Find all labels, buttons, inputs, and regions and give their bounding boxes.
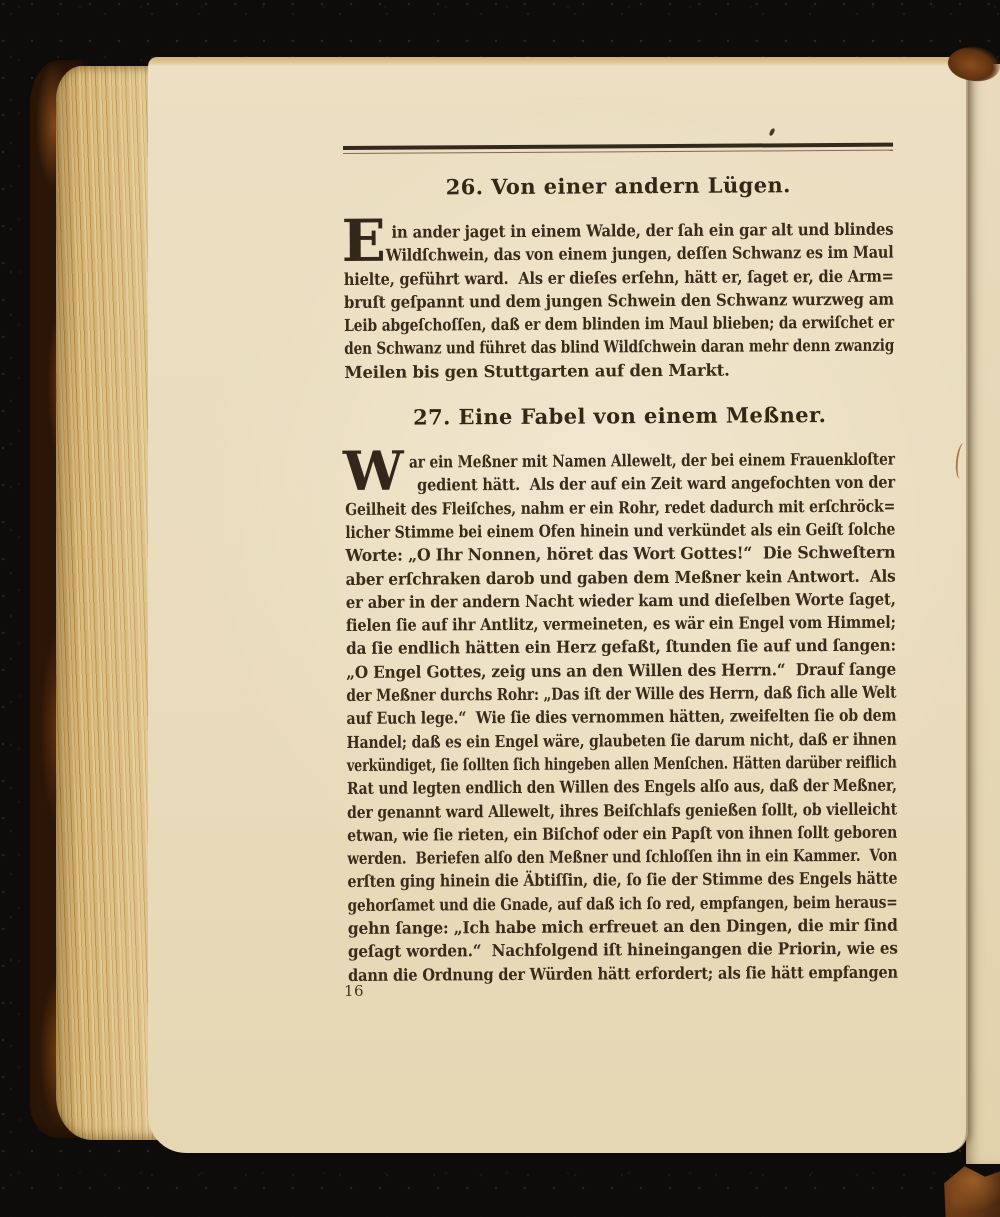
text-line-content: Leib abgeſchoſſen, daß er dem blinden im… <box>344 311 894 338</box>
text-line-content: Worte: „O Ihr Nonnen, höret das Wort Got… <box>345 541 895 568</box>
text-line-content: etwan, wie ſie rieten, ein Biſchof oder … <box>347 820 897 847</box>
text-line: gehorſamet und die Gnade, auf daß ich ſo… <box>348 890 898 917</box>
text-line: erſten ging hinein die Äbtiſſin, die, ſo… <box>347 867 897 894</box>
text-line: gedient hätt. Als der auf ein Zeit ward … <box>345 471 895 498</box>
text-line-content: da ſie endlich hätten ein Herz gefaßt, ſ… <box>346 634 896 661</box>
paragraph: War ein Meßner mit Namen Allewelt, der b… <box>345 448 898 987</box>
text-line-content: „O Engel Gottes, zeig uns an den Willen … <box>346 657 896 684</box>
text-line-content: licher Stimme bei einem Ofen hinein und … <box>345 518 895 545</box>
text-line: Rat und legten endlich den Willen des En… <box>347 774 897 801</box>
text-line-content: geſagt worden.“ Nachfolgend iſt hineinga… <box>348 937 898 964</box>
text-line-content: Rat und legten endlich den Willen des En… <box>347 774 897 801</box>
section-heading: 26. Von einer andern Lügen. <box>343 173 893 200</box>
text-line: hielte, geführt ward. Als er dieſes erſe… <box>344 264 894 291</box>
drop-cap: W <box>343 448 404 495</box>
section-heading: 27. Eine Fabel von einem Meßner. <box>345 403 895 430</box>
text-line-content: den Schwanz und führet das blind Wildſch… <box>344 334 894 361</box>
text-line-content: verkündiget, ſie ſollten ſich hingeben a… <box>347 751 897 778</box>
text-line-content: Wildſchwein, das von einem jungen, deſſe… <box>386 241 894 267</box>
page-top-edge <box>148 57 966 66</box>
text-line: Leib abgeſchoſſen, daß er dem blinden im… <box>344 311 894 338</box>
text-line-content: dann die Ordnung der Würden hätt erforde… <box>348 960 898 987</box>
text-line-content: werden. Beriefen alſo den Meßner und ſch… <box>347 844 897 871</box>
text-line-content: gehn ſange: „Ich habe mich erfreuet an d… <box>348 914 898 941</box>
text-line: den Schwanz und führet das blind Wildſch… <box>344 334 894 361</box>
text-line: dann die Ordnung der Würden hätt erforde… <box>348 960 898 987</box>
drop-cap: E <box>341 218 385 265</box>
text-line: Geilheit des Fleiſches, nahm er ein Rohr… <box>345 494 895 521</box>
text-line: Meilen bis gen Stuttgarten auf den Markt… <box>344 357 894 384</box>
text-line: auf Euch lege.“ Wie ſie dies vernommen h… <box>346 704 896 731</box>
text-line: Wildſchwein, das von einem jungen, deſſe… <box>344 241 894 268</box>
text-line-content: er aber in der andern Nacht wieder kam u… <box>346 587 896 614</box>
text-line: er aber in der andern Nacht wieder kam u… <box>346 587 896 614</box>
story-section-26: 26. Von einer andern Lügen.Ein ander jag… <box>343 173 894 384</box>
text-line-content: Meilen bis gen Stuttgarten auf den Markt… <box>344 358 729 384</box>
book-page: 26. Von einer andern Lügen.Ein ander jag… <box>148 57 968 1153</box>
text-line-content: hielte, geführt ward. Als er dieſes erſe… <box>344 264 894 291</box>
text-line-content: ar ein Meßner mit Namen Allewelt, der be… <box>409 448 895 474</box>
text-line: Handel; daß es ein Engel wäre, glaubeten… <box>347 727 897 754</box>
text-line: „O Engel Gottes, zeig uns an den Willen … <box>346 657 896 684</box>
text-line: in ander jaget in einem Walde, der ſah e… <box>343 218 893 245</box>
text-line: ar ein Meßner mit Namen Allewelt, der be… <box>345 448 895 475</box>
text-line: fielen ſie auf ihr Antlitz, vermeineten,… <box>346 611 896 638</box>
text-line: bruſt geſpannt und dem jungen Schwein de… <box>344 288 894 315</box>
header-rule <box>343 143 893 154</box>
text-line-content: gedient hätt. Als der auf ein Zeit ward … <box>417 471 895 497</box>
page-number: 16 <box>344 982 364 1000</box>
text-line-content: Geilheit des Fleiſches, nahm er ein Rohr… <box>345 494 895 521</box>
text-line: licher Stimme bei einem Ofen hinein und … <box>345 518 895 545</box>
text-line-content: aber erſchraken darob und gaben dem Meßn… <box>346 564 896 591</box>
text-line-content: gehorſamet und die Gnade, auf daß ich ſo… <box>348 890 898 917</box>
text-line-content: auf Euch lege.“ Wie ſie dies vernommen h… <box>346 704 896 731</box>
text-line: Worte: „O Ihr Nonnen, höret das Wort Got… <box>345 541 895 568</box>
text-block: 26. Von einer andern Lügen.Ein ander jag… <box>343 143 898 987</box>
text-line-content: Handel; daß es ein Engel wäre, glaubeten… <box>347 727 897 754</box>
ink-speck <box>769 128 776 137</box>
text-line: geſagt worden.“ Nachfolgend iſt hineinga… <box>348 937 898 964</box>
text-line: verkündiget, ſie ſollten ſich hingeben a… <box>347 751 897 778</box>
text-line: etwan, wie ſie rieten, ein Biſchof oder … <box>347 820 897 847</box>
text-line: aber erſchraken darob und gaben dem Meßn… <box>346 564 896 591</box>
paragraph: Ein ander jaget in einem Walde, der ſah … <box>343 218 894 384</box>
text-line-content: der genannt ward Allewelt, ihres Beiſchl… <box>347 797 897 824</box>
text-line-content: erſten ging hinein die Äbtiſſin, die, ſo… <box>347 867 897 894</box>
text-line-content: der Meßner durchs Rohr: „Das iſt der Wil… <box>346 681 896 708</box>
facing-page-gutter <box>966 64 1000 1164</box>
text-line-content: fielen ſie auf ihr Antlitz, vermeineten,… <box>346 611 896 638</box>
text-line-content: in ander jaget in einem Walde, der ſah e… <box>391 218 893 244</box>
text-line-content: bruſt geſpannt und dem jungen Schwein de… <box>344 288 894 315</box>
text-line: da ſie endlich hätten ein Herz gefaßt, ſ… <box>346 634 896 661</box>
text-line: der Meßner durchs Rohr: „Das iſt der Wil… <box>346 681 896 708</box>
story-section-27: 27. Eine Fabel von einem Meßner.War ein … <box>345 403 899 987</box>
text-line: der genannt ward Allewelt, ihres Beiſchl… <box>347 797 897 824</box>
text-line: werden. Beriefen alſo den Meßner und ſch… <box>347 844 897 871</box>
text-line: gehn ſange: „Ich habe mich erfreuet an d… <box>348 914 898 941</box>
